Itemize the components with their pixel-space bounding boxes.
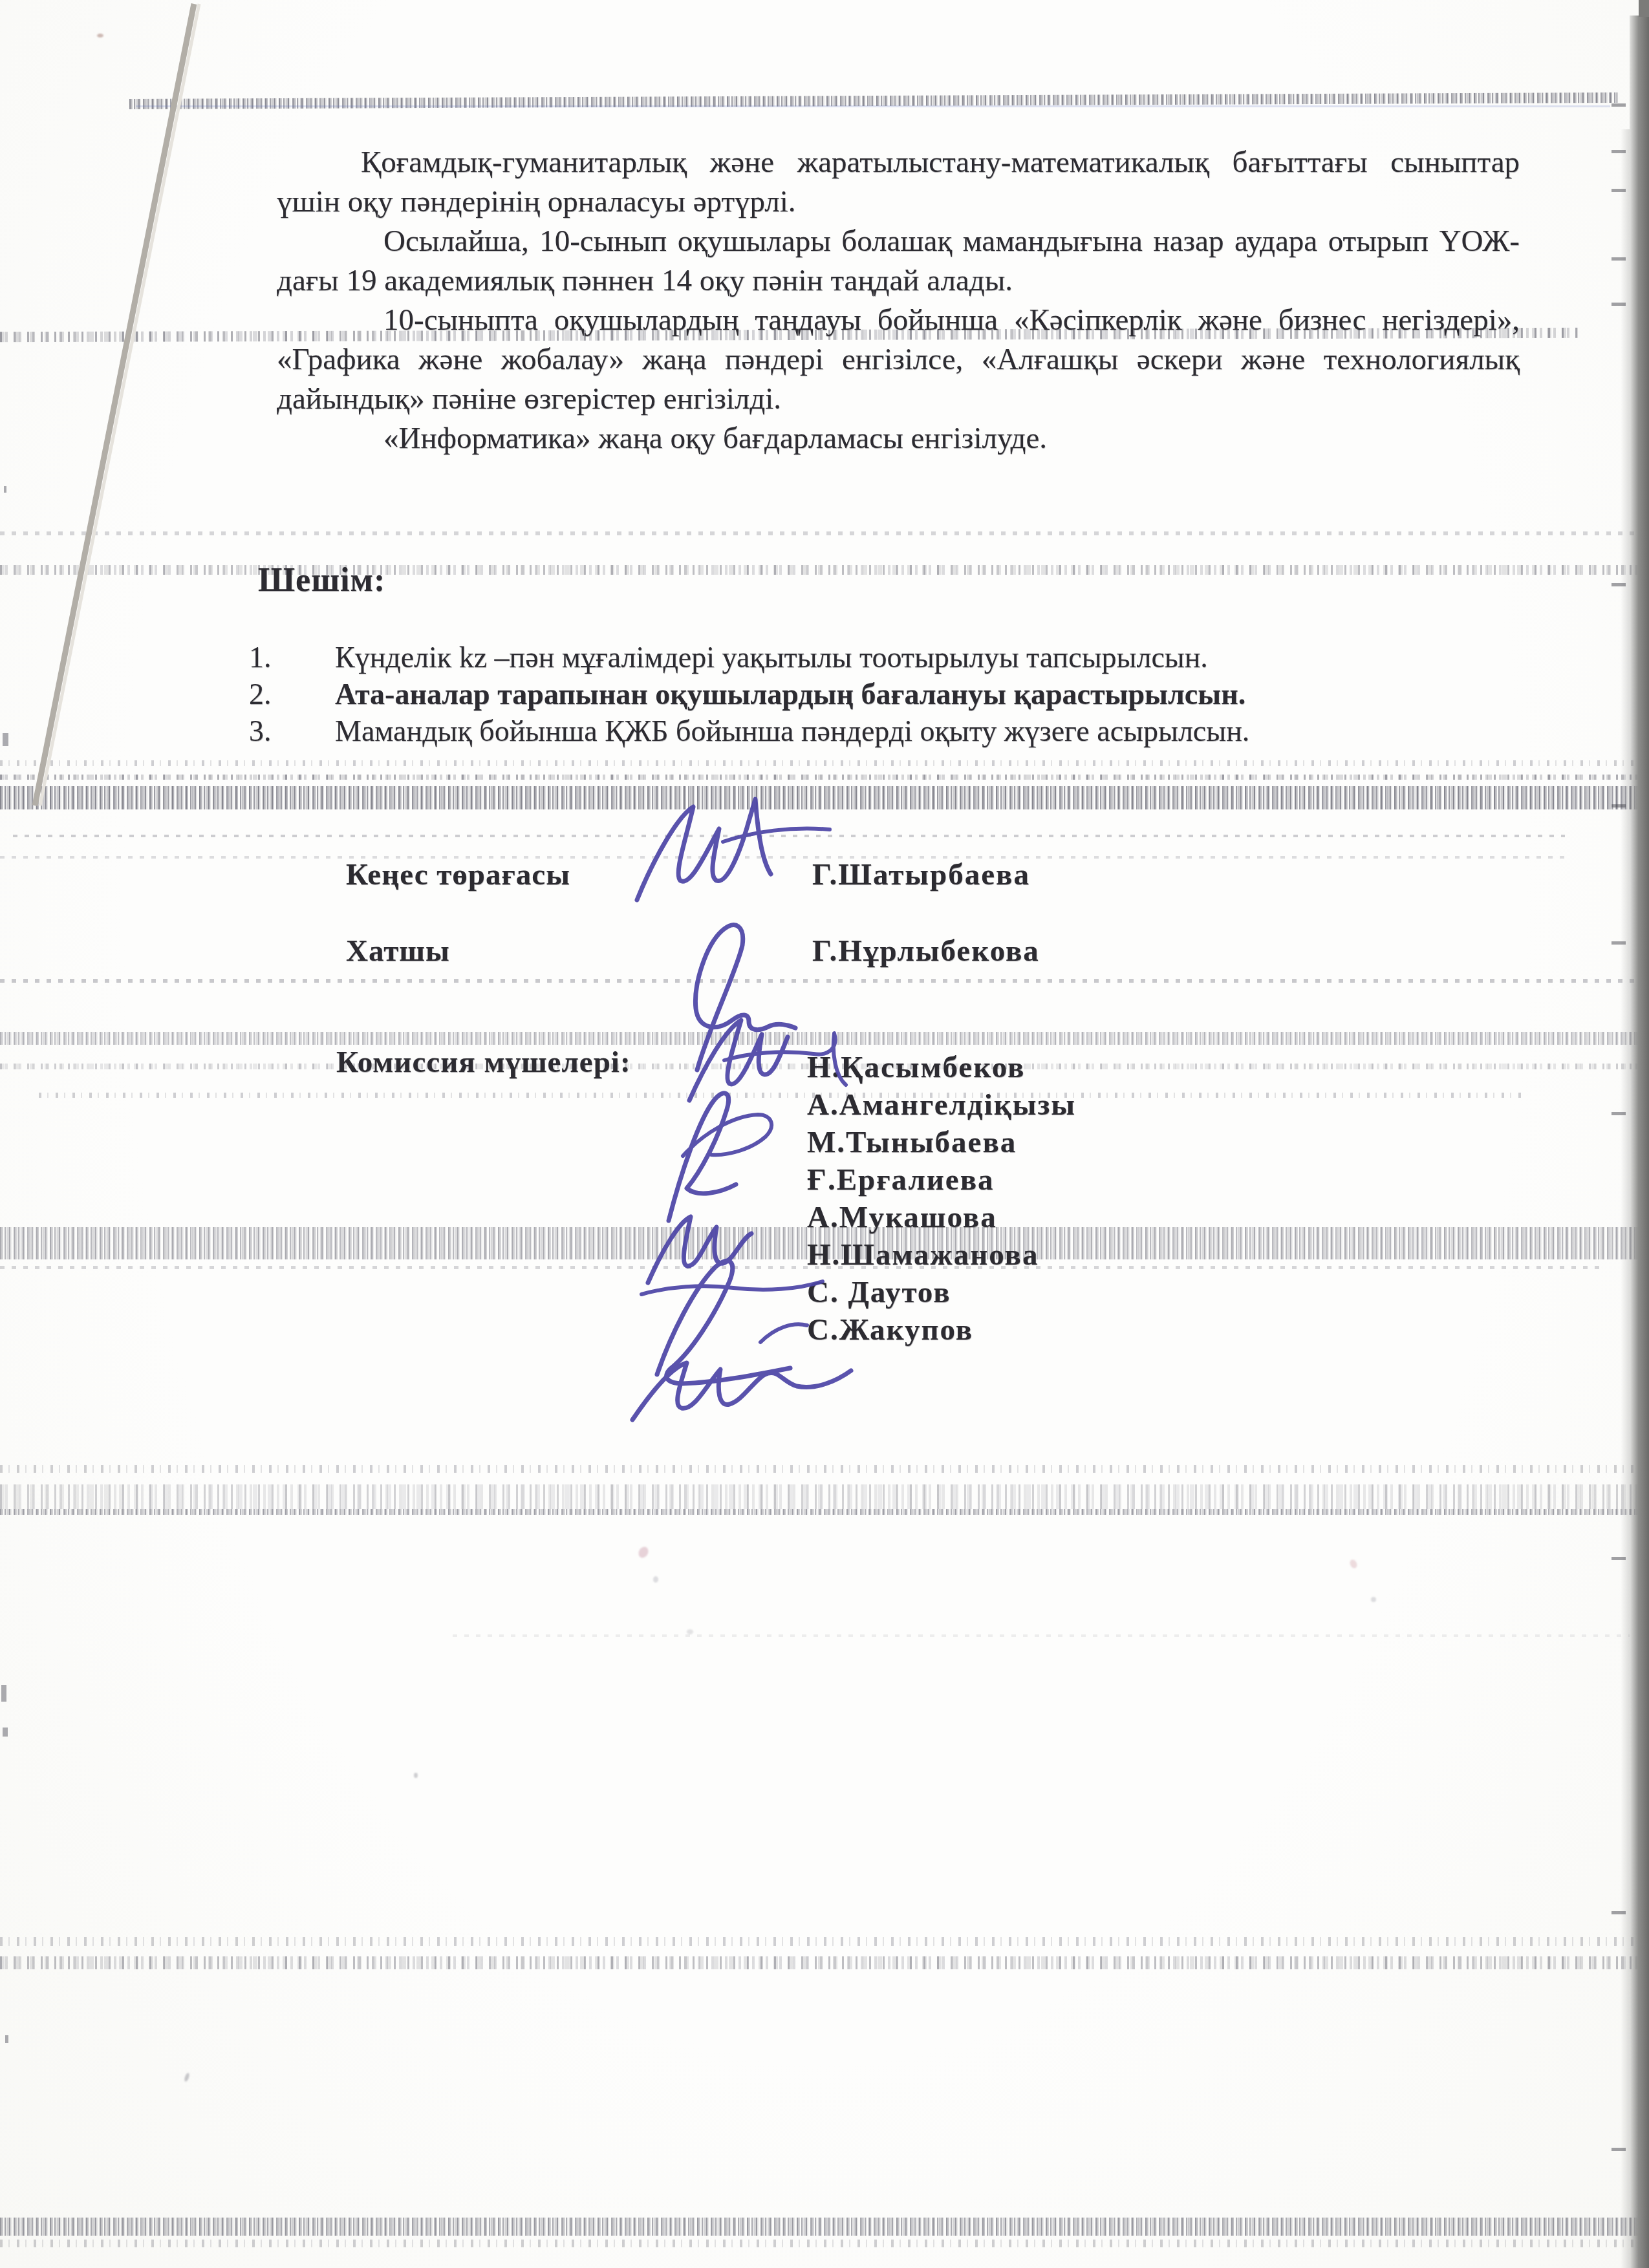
scan-noise-band <box>0 1937 1646 1946</box>
scan-noise-band <box>0 1032 1646 1045</box>
scan-noise-band <box>0 531 1649 535</box>
decision-number: 2. <box>249 676 335 712</box>
decision-item: 1. Күнделік kz –пән мұғалімдері уақытылы… <box>249 639 1400 676</box>
scan-noise-band <box>0 1266 1604 1269</box>
scan-artifact <box>1611 1112 1626 1115</box>
signature-member-ink <box>648 1217 751 1283</box>
scan-artifact <box>1611 303 1626 306</box>
scan-speck <box>653 1576 658 1583</box>
scan-speck <box>687 1629 693 1634</box>
scan-artifact <box>1611 150 1626 153</box>
scan-noise-band <box>13 835 1565 837</box>
scan-artifact <box>1611 941 1626 945</box>
scan-artifact <box>1611 257 1626 261</box>
commission-member-name: Н.Қасымбеков <box>807 1049 1076 1086</box>
scan-artifact <box>1611 1557 1626 1560</box>
paragraph: 10-сыныпта оқушылардың таңдауы бойынша «… <box>277 301 1520 419</box>
scan-speck <box>636 1545 650 1560</box>
paragraph: Қоғамдық-гуманитарлық және жаратылыстану… <box>277 143 1520 222</box>
scan-artifact <box>1611 189 1626 192</box>
decision-heading: Шешім: <box>258 561 385 599</box>
commission-member-name: А.Мукашова <box>807 1199 1076 1236</box>
document-body: Қоғамдық-гуманитарлық және жаратылыстану… <box>277 143 1520 458</box>
decision-number: 1. <box>249 639 335 676</box>
signature-member-ink <box>632 1363 851 1420</box>
signature-chair-ink <box>637 799 771 900</box>
scan-noise-band <box>0 1484 1646 1509</box>
commission-member-name: Н.Шамажанова <box>807 1236 1076 1274</box>
secretary-name: Г.Нұрлыбекова <box>812 934 1040 968</box>
signature-member-ink <box>683 1115 771 1156</box>
scan-speck <box>97 34 103 37</box>
scan-noise-band <box>453 1634 1630 1637</box>
signature-member-ink <box>689 1020 788 1100</box>
scan-artifact <box>1611 103 1626 107</box>
scanner-edge-cap <box>1639 0 1649 17</box>
signature-member-ink <box>760 1324 807 1342</box>
scan-noise-band <box>0 1956 1646 1969</box>
scan-noise-band <box>0 565 1649 575</box>
scan-speck <box>414 1773 418 1778</box>
chair-name: Г.Шатырбаева <box>812 857 1030 892</box>
scanner-edge-shadow <box>1621 129 1630 2268</box>
scan-artifact <box>3 733 8 746</box>
scan-noise-band <box>0 2240 1646 2247</box>
scan-noise-band <box>39 1093 1526 1098</box>
decision-text: Мамандық бойынша ҚЖБ бойынша пәндерді оқ… <box>335 712 1400 749</box>
scan-speck <box>1371 1597 1376 1602</box>
commission-member-name: С.Жакупов <box>807 1311 1076 1349</box>
commission-label: Комиссия мүшелері: <box>336 1045 631 1080</box>
commission-member-name: Ғ.Ерғалиева <box>807 1161 1076 1199</box>
paragraph: «Информатика» жаңа оқу бағдарламасы енгі… <box>277 419 1520 458</box>
signature-secretary-ink <box>695 925 795 1070</box>
commission-member-name: А.Амангелдіқызы <box>807 1086 1076 1124</box>
chair-role-label: Кеңес төрағасы <box>346 857 570 892</box>
scan-noise-band <box>0 1465 1646 1473</box>
signature-member-ink <box>669 1093 736 1221</box>
scan-noise-band <box>0 856 1565 859</box>
scan-noise-band <box>0 775 1646 780</box>
scan-noise-band <box>0 2218 1646 2236</box>
scan-artifact <box>1 1685 6 1702</box>
scanner-edge <box>1630 16 1649 2268</box>
signature-member-ink <box>641 1281 823 1294</box>
scan-artifact <box>1611 1911 1626 1914</box>
scan-noise-band <box>0 979 1643 983</box>
decision-text: Күнделік kz –пән мұғалімдері уақытылы то… <box>335 639 1400 676</box>
scan-artifact <box>1611 2148 1626 2151</box>
paragraph: Осылайша, 10-сынып оқушылары болашақ мам… <box>277 222 1520 301</box>
decision-item: 3. Мамандық бойынша ҚЖБ бойынша пәндерді… <box>249 712 1400 749</box>
scan-artifact <box>3 1728 8 1737</box>
scan-noise-line <box>136 105 1610 107</box>
scan-noise-band <box>0 786 1646 809</box>
scan-artifact <box>1611 583 1626 586</box>
decision-text: Ата-аналар тарапынан оқушылардың бағалан… <box>335 676 1400 712</box>
commission-members-list: Н.Қасымбеков А.Амангелдіқызы М.Тыныбаева… <box>807 1049 1076 1349</box>
decision-list: 1. Күнделік kz –пән мұғалімдері уақытылы… <box>249 639 1400 749</box>
scan-artifact <box>5 2035 8 2043</box>
commission-member-name: С. Даутов <box>807 1274 1076 1311</box>
scan-noise-band <box>0 760 1636 766</box>
decision-item: 2. Ата-аналар тарапынан оқушылардың баға… <box>249 676 1400 712</box>
commission-member-name: М.Тыныбаева <box>807 1124 1076 1161</box>
signature-chair-ink <box>723 829 830 842</box>
scan-artifact <box>1611 804 1626 808</box>
scan-speck <box>1349 1559 1359 1570</box>
secretary-role-label: Хатшы <box>346 934 450 968</box>
scan-noise-band <box>129 92 1618 109</box>
signature-member-ink <box>657 1261 790 1384</box>
scanned-document-page: Қоғамдық-гуманитарлық және жаратылыстану… <box>0 0 1649 2268</box>
scan-speck <box>184 2072 190 2082</box>
scan-noise-band <box>0 1509 1646 1515</box>
decision-number: 3. <box>249 712 335 749</box>
scan-artifact <box>4 486 6 493</box>
